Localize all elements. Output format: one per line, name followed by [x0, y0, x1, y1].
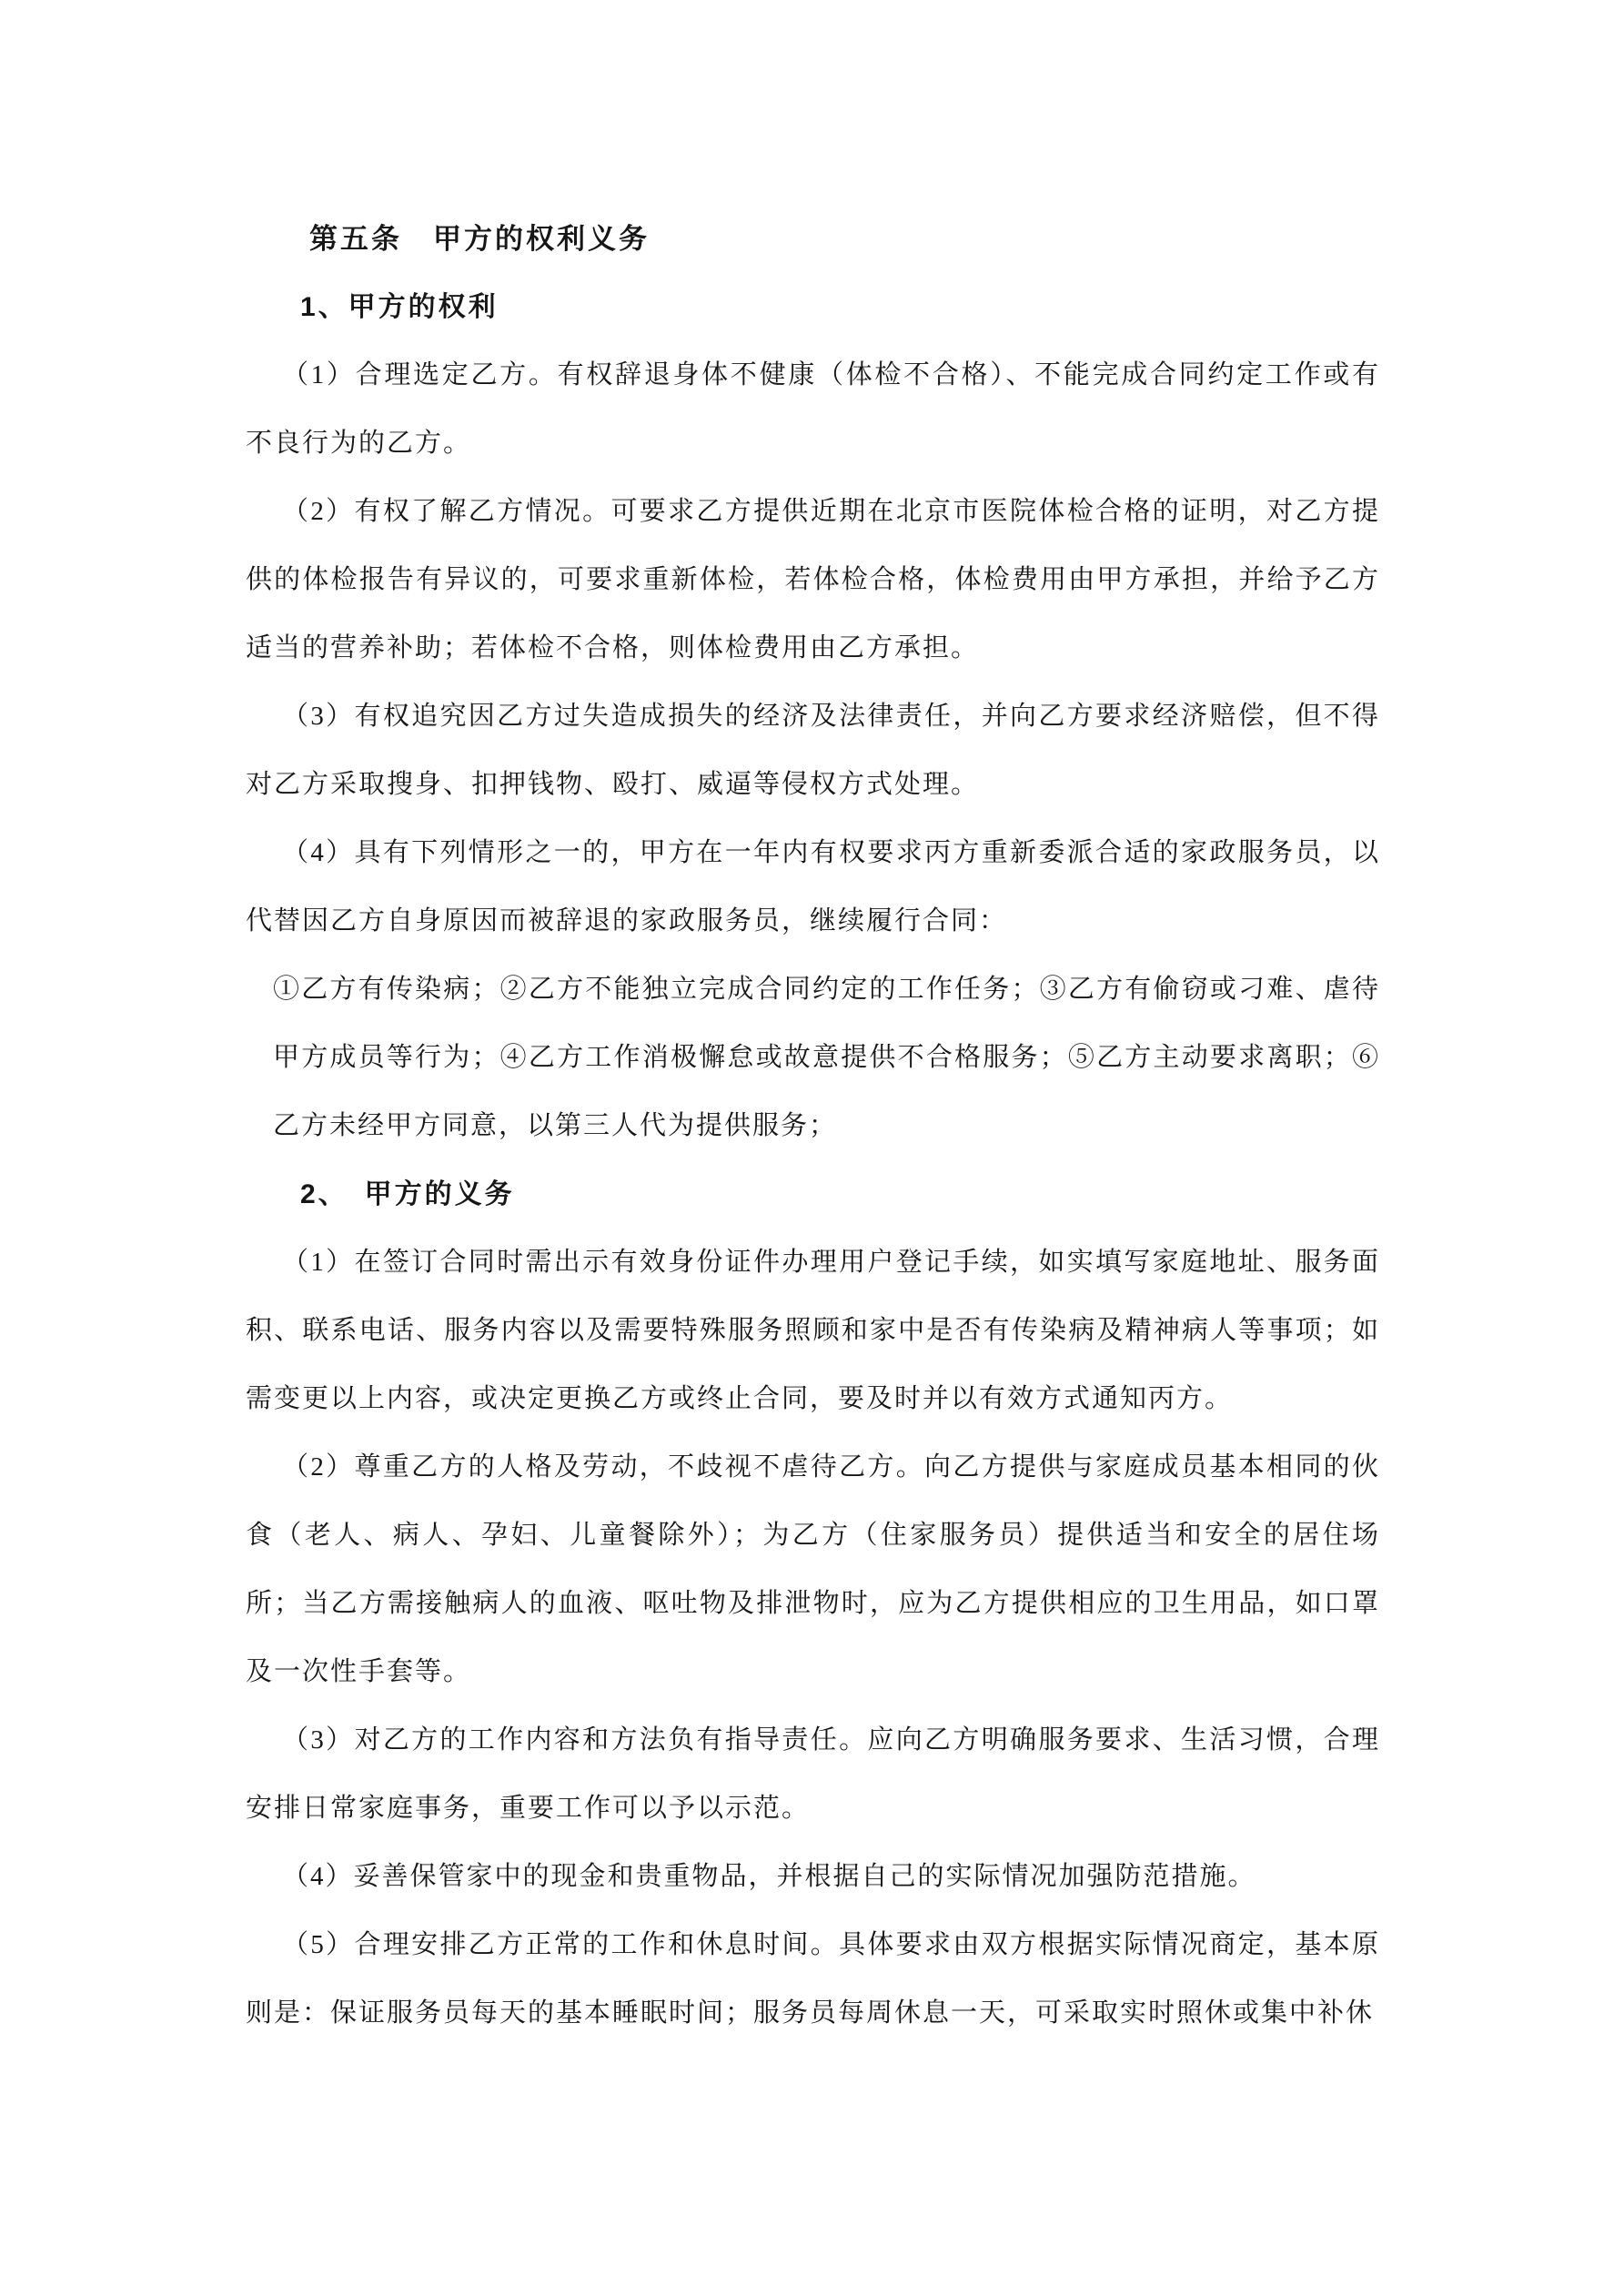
heading-party-a-rights: 1、甲方的权利 [246, 273, 1380, 341]
clause-obligation-1: （1）在签订合同时需出示有效身份证件办理用户登记手续，如实填写家庭地址、服务面积… [246, 1229, 1380, 1433]
clause-right-4: （4）具有下列情形之一的，甲方在一年内有权要求丙方重新委派合适的家政服务员，以代… [246, 819, 1380, 956]
clause-obligation-5: （5）合理安排乙方正常的工作和休息时间。具体要求由双方根据实际情况商定，基本原则… [246, 1911, 1380, 2048]
heading-party-a-obligations: 2、 甲方的义务 [246, 1160, 1380, 1229]
document-page: 第五条 甲方的权利义务 1、甲方的权利 （1）合理选定乙方。有权辞退身体不健康（… [0, 0, 1624, 2296]
clause-right-3: （3）有权追究因乙方过失造成损失的经济及法律责任，并向乙方要求经济赔偿，但不得对… [246, 683, 1380, 819]
clause-right-1: （1）合理选定乙方。有权辞退身体不健康（体检不合格）、不能完成合同约定工作或有不… [246, 341, 1380, 478]
clause-obligation-2: （2）尊重乙方的人格及劳动，不歧视不虐待乙方。向乙方提供与家庭成员基本相同的伙食… [246, 1433, 1380, 1706]
clause-obligation-3: （3）对乙方的工作内容和方法负有指导责任。应向乙方明确服务要求、生活习惯，合理安… [246, 1706, 1380, 1843]
heading-article-5: 第五条 甲方的权利义务 [246, 205, 1380, 273]
clause-right-2: （2）有权了解乙方情况。可要求乙方提供近期在北京市医院体检合格的证明，对乙方提供… [246, 478, 1380, 683]
contract-article-5: 第五条 甲方的权利义务 1、甲方的权利 （1）合理选定乙方。有权辞退身体不健康（… [246, 205, 1380, 2048]
clause-right-4-items: ①乙方有传染病；②乙方不能独立完成合同约定的工作任务；③乙方有偷窃或刁难、虐待甲… [273, 956, 1380, 1160]
clause-obligation-4: （4）妥善保管家中的现金和贵重物品，并根据自己的实际情况加强防范措施。 [246, 1843, 1380, 1911]
